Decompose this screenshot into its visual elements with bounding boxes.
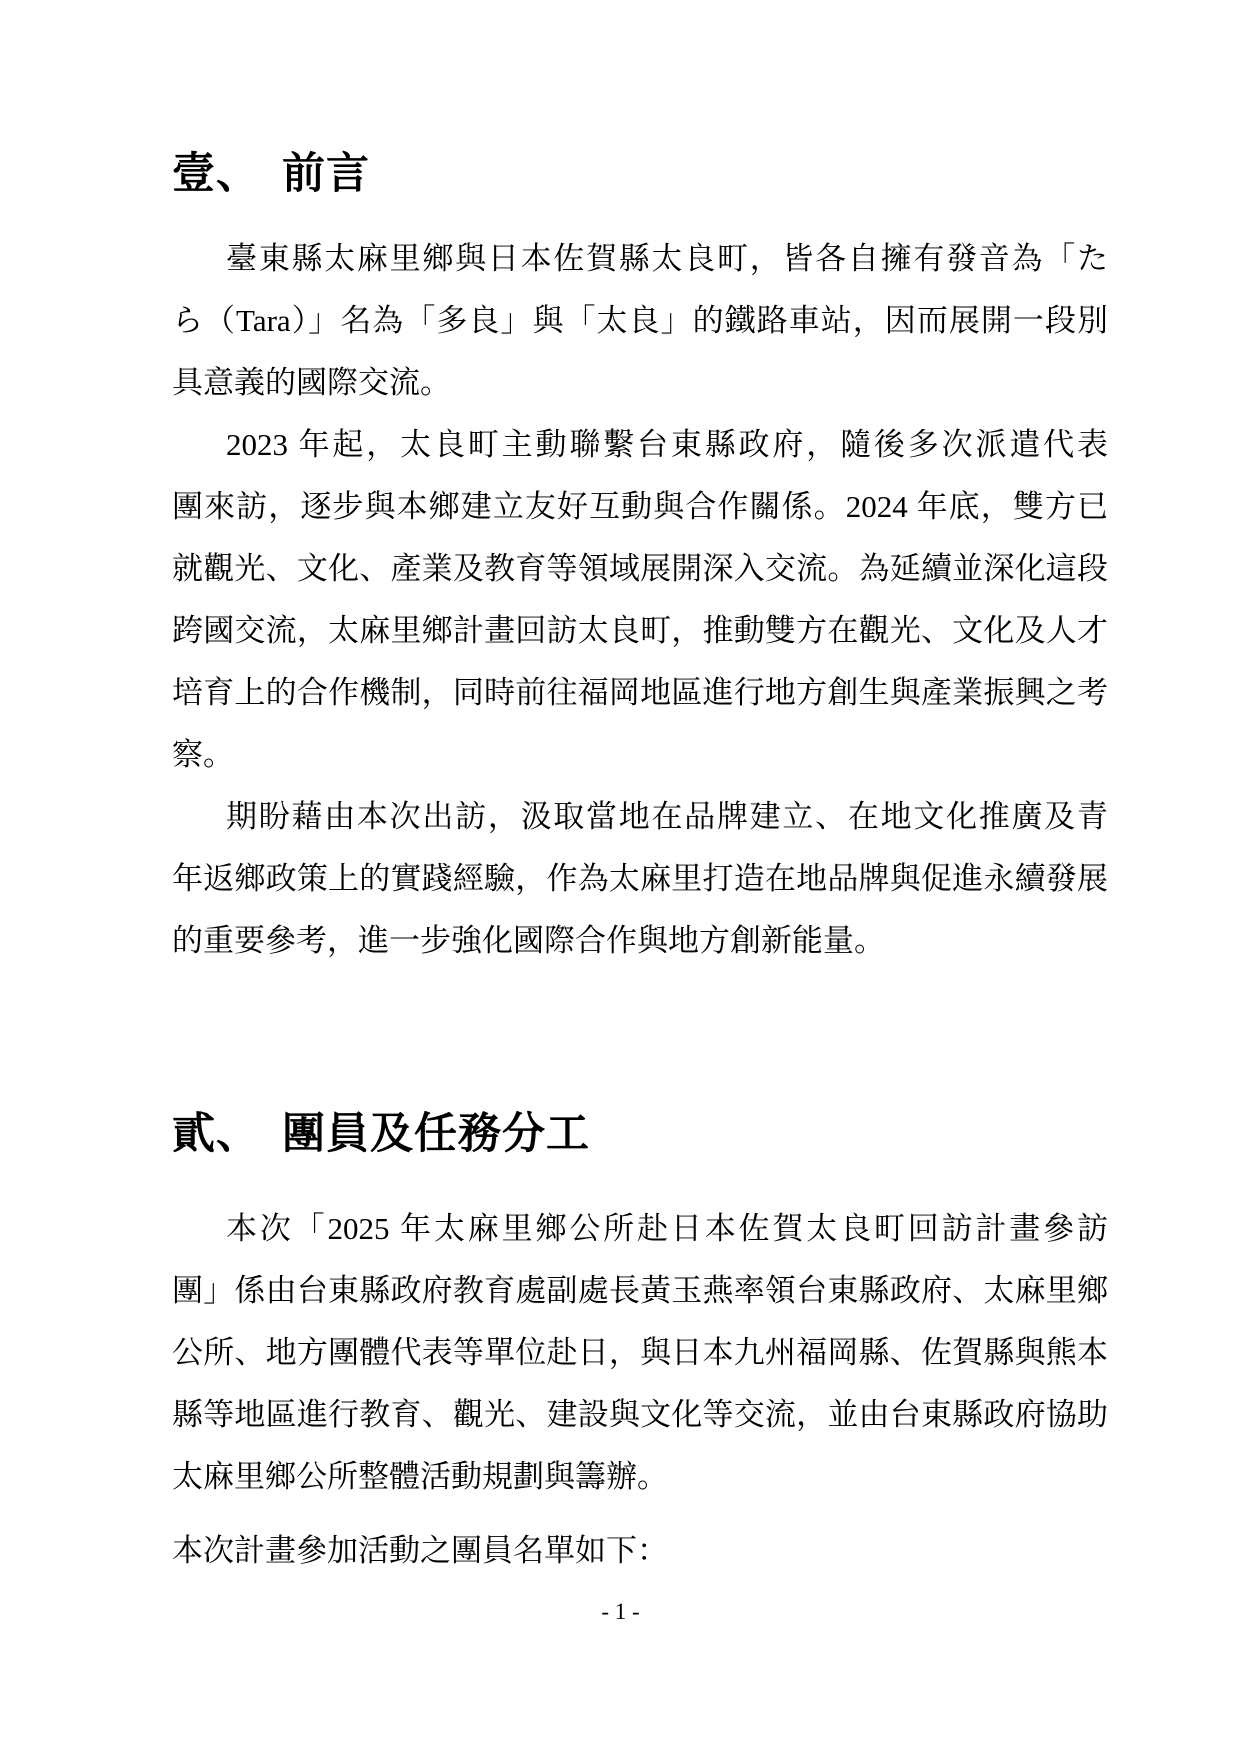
text-line: 的重要參考，進一步強化國際合作與地方創新能量。 bbox=[172, 910, 1108, 972]
text-line: 2023 年起，太良町主動聯繫台東縣政府，隨後多次派遣代表 bbox=[172, 414, 1108, 476]
section-heading-delegation: 貳、團員及任務分工 bbox=[172, 1112, 1108, 1158]
document-page: 壹、前言 臺東縣太麻里鄉與日本佐賀縣太良町，皆各自擁有發音為「た ら（Tara）… bbox=[0, 0, 1241, 1755]
paragraph: 2023 年起，太良町主動聯繫台東縣政府，隨後多次派遣代表 團來訪，逐步與本鄉建… bbox=[172, 414, 1108, 786]
text-line: 就觀光、文化、產業及教育等領域展開深入交流。為延續並深化這段 bbox=[172, 538, 1108, 600]
paragraph: 本次計畫參加活動之團員名單如下： bbox=[172, 1520, 1108, 1582]
text-line: 公所、地方團體代表等單位赴日，與日本九州福岡縣、佐賀縣與熊本 bbox=[172, 1322, 1108, 1384]
paragraph: 本次「2025 年太麻里鄉公所赴日本佐賀太良町回訪計畫參訪 團」係由台東縣政府教… bbox=[172, 1198, 1108, 1508]
text-line: 培育上的合作機制，同時前往福岡地區進行地方創生與產業振興之考 bbox=[172, 662, 1108, 724]
text-line: 縣等地區進行教育、觀光、建設與文化等交流，並由台東縣政府協助 bbox=[172, 1384, 1108, 1446]
text-line: 跨國交流，太麻里鄉計畫回訪太良町，推動雙方在觀光、文化及人才 bbox=[172, 600, 1108, 662]
text-line: 具意義的國際交流。 bbox=[172, 352, 1108, 414]
text-line: 年返鄉政策上的實踐經驗，作為太麻里打造在地品牌與促進永續發展 bbox=[172, 848, 1108, 910]
text-line: 本次「2025 年太麻里鄉公所赴日本佐賀太良町回訪計畫參訪 bbox=[172, 1198, 1108, 1260]
text-line: ら（Tara）」名為「多良」與「太良」的鐵路車站，因而展開一段別 bbox=[172, 290, 1108, 352]
text-line: 臺東縣太麻里鄉與日本佐賀縣太良町，皆各自擁有發音為「た bbox=[172, 228, 1108, 290]
section-heading-preface: 壹、前言 bbox=[172, 152, 1108, 198]
text-line: 期盼藉由本次出訪，汲取當地在品牌建立、在地文化推廣及青 bbox=[172, 786, 1108, 848]
text-line: 本次計畫參加活動之團員名單如下： bbox=[172, 1520, 1108, 1582]
heading-numeral: 壹、 bbox=[172, 151, 260, 198]
text-line: 團來訪，逐步與本鄉建立友好互動與合作關係。2024 年底，雙方已 bbox=[172, 476, 1108, 538]
paragraph: 臺東縣太麻里鄉與日本佐賀縣太良町，皆各自擁有發音為「た ら（Tara）」名為「多… bbox=[172, 228, 1108, 414]
text-line: 察。 bbox=[172, 724, 1108, 786]
paragraph: 期盼藉由本次出訪，汲取當地在品牌建立、在地文化推廣及青 年返鄉政策上的實踐經驗，… bbox=[172, 786, 1108, 972]
page-number: - 1 - bbox=[0, 1598, 1241, 1626]
heading-title: 前言 bbox=[282, 151, 370, 198]
text-line: 團」係由台東縣政府教育處副處長黃玉燕率領台東縣政府、太麻里鄉 bbox=[172, 1260, 1108, 1322]
text-line: 太麻里鄉公所整體活動規劃與籌辦。 bbox=[172, 1446, 1108, 1508]
content-area: 壹、前言 臺東縣太麻里鄉與日本佐賀縣太良町，皆各自擁有發音為「た ら（Tara）… bbox=[172, 152, 1108, 1582]
heading-numeral: 貳、 bbox=[172, 1111, 260, 1158]
heading-title: 團員及任務分工 bbox=[282, 1111, 590, 1158]
